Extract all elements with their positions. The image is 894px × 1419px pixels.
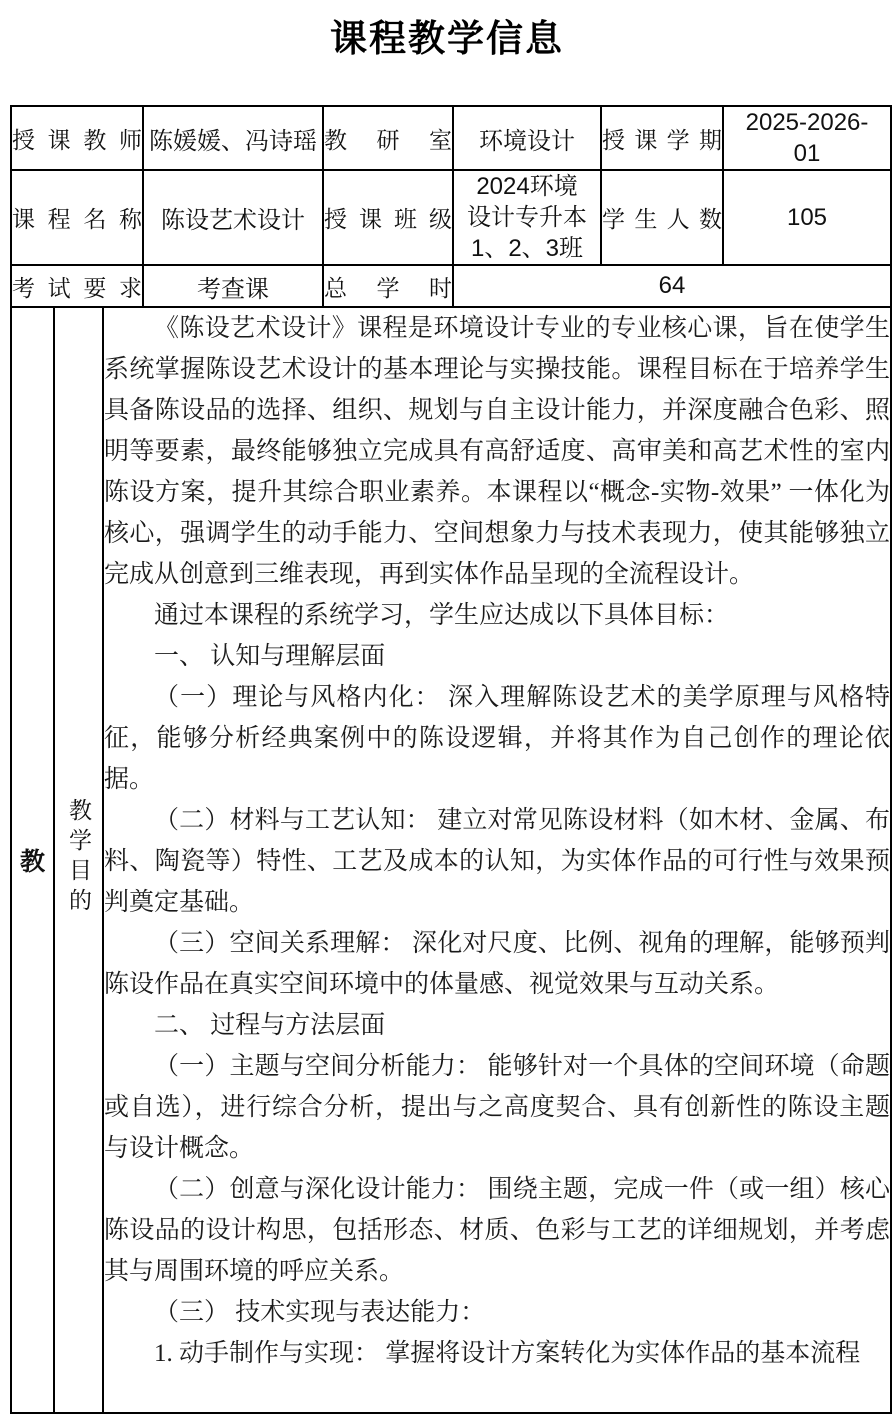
class-label: 授课班级 <box>323 170 453 265</box>
class-value: 2024环境 设计专升本 1、2、3班 <box>453 170 601 265</box>
objective-paragraph: 一、 认知与理解层面 <box>104 636 890 677</box>
course-name-value: 陈设艺术设计 <box>143 170 323 265</box>
objective-paragraph: 二、 过程与方法层面 <box>104 1005 890 1046</box>
teacher-label: 授课教师 <box>11 106 143 170</box>
page-title: 课程教学信息 <box>0 8 894 62</box>
objectives-content-cell: 《陈设艺术设计》课程是环境设计专业的专业核心课，旨在使学生系统掌握陈设艺术设计的… <box>103 307 891 1413</box>
objective-paragraph: 通过本课程的系统学习，学生应达成以下具体目标： <box>104 595 890 636</box>
objective-paragraph: （一）主题与空间分析能力： 能够针对一个具体的空间环境（命题或自选），进行综合分… <box>104 1046 890 1169</box>
objective-paragraph: （三） 技术实现与表达能力： <box>104 1292 890 1333</box>
document-page: 课程教学信息 授课教师 陈媛媛、冯诗瑶 教研室 环境设计 授课学期 2025-2… <box>0 8 894 1419</box>
objective-paragraph: （三）空间关系理解： 深化对尺度、比例、视角的理解，能够预判陈设作品在真实空间环… <box>104 923 890 1005</box>
objectives-header-cell: 教学目的 <box>54 307 103 1413</box>
table-row: 课程名称 陈设艺术设计 授课班级 2024环境 设计专升本 1、2、3班 学生人… <box>11 170 891 265</box>
table-row: 考试要求 考查课 总学时 64 <box>11 265 891 307</box>
objective-paragraph: 1. 动手制作与实现： 掌握将设计方案转化为实体作品的基本流程 <box>104 1333 890 1374</box>
objectives-section-label: 教学目的 <box>67 798 90 918</box>
hours-value: 64 <box>453 265 891 307</box>
office-value: 环境设计 <box>453 106 601 170</box>
course-name-label: 课程名称 <box>11 170 143 265</box>
exam-value: 考查课 <box>143 265 323 307</box>
row-group-label: 教 <box>20 848 45 876</box>
students-label: 学生人数 <box>601 170 723 265</box>
table-row: 教 教学目的 《陈设艺术设计》课程是环境设计专业的专业核心课，旨在使学生系统掌握… <box>11 307 891 1413</box>
objective-paragraph: 《陈设艺术设计》课程是环境设计专业的专业核心课，旨在使学生系统掌握陈设艺术设计的… <box>104 308 890 595</box>
row-group-cell: 教 <box>11 307 54 1413</box>
students-value: 105 <box>723 170 891 265</box>
semester-value: 2025-2026- 01 <box>723 106 891 170</box>
office-label: 教研室 <box>323 106 453 170</box>
semester-label: 授课学期 <box>601 106 723 170</box>
objective-paragraph: （二）材料与工艺认知： 建立对常见陈设材料（如木材、金属、布料、陶瓷等）特性、工… <box>104 800 890 923</box>
teacher-value: 陈媛媛、冯诗瑶 <box>143 106 323 170</box>
objective-paragraph: （二）创意与深化设计能力： 围绕主题，完成一件（或一组）核心陈设品的设计构思，包… <box>104 1169 890 1292</box>
exam-label: 考试要求 <box>11 265 143 307</box>
objectives-text: 《陈设艺术设计》课程是环境设计专业的专业核心课，旨在使学生系统掌握陈设艺术设计的… <box>104 308 890 1374</box>
table-row: 授课教师 陈媛媛、冯诗瑶 教研室 环境设计 授课学期 2025-2026- 01 <box>11 106 891 170</box>
objective-paragraph: （一）理论与风格内化： 深入理解陈设艺术的美学原理与风格特征，能够分析经典案例中… <box>104 677 890 800</box>
course-info-table: 授课教师 陈媛媛、冯诗瑶 教研室 环境设计 授课学期 2025-2026- 01… <box>10 105 892 1414</box>
hours-label: 总学时 <box>323 265 453 307</box>
